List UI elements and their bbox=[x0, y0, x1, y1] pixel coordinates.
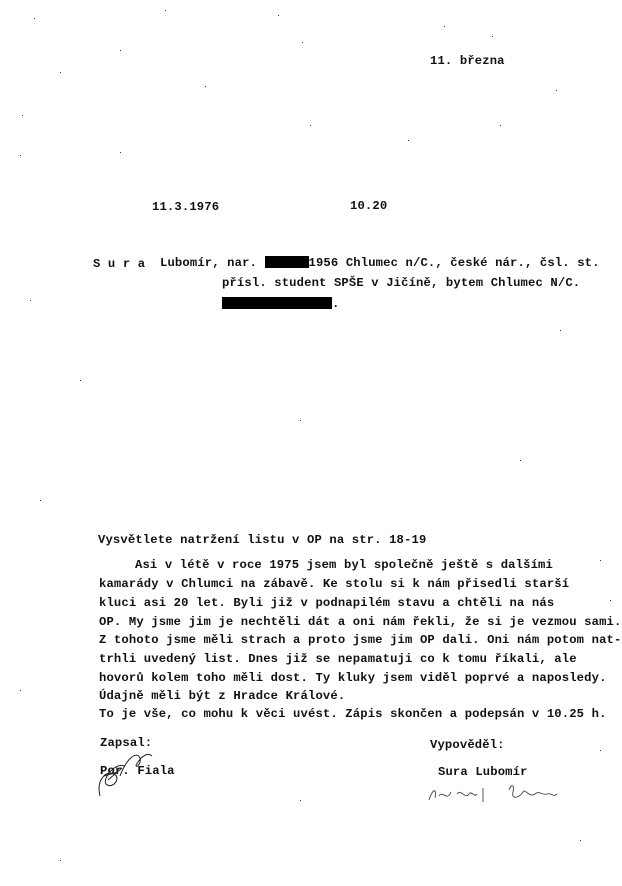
subject-line-1: Lubomír, nar. 1956 Chlumec n/C., české n… bbox=[160, 256, 600, 269]
question-heading: Vysvětlete natržení listu v OP na str. 1… bbox=[98, 534, 426, 546]
statement-line: kamarády v Chlumci na zábavě. Ke stolu s… bbox=[99, 578, 569, 590]
statement-line: Asi v létě v roce 1975 jsem byl společně… bbox=[135, 559, 553, 571]
record-time: 10.20 bbox=[350, 200, 387, 212]
record-date: 11.3.1976 bbox=[152, 201, 219, 213]
statement-line: Z tohoto jsme měli strach a proto jsme j… bbox=[99, 634, 621, 646]
statement-line: Údajně měli být z Hradce Králové. bbox=[99, 690, 345, 702]
statement-line: kluci asi 20 let. Byli již v podnapilém … bbox=[99, 597, 554, 609]
statement-line: trhli uvedený list. Dnes již se nepamatu… bbox=[99, 653, 577, 665]
statement-line: OP. My jsme jim je nechtěli dát a oni ná… bbox=[99, 616, 621, 628]
witness-signature bbox=[425, 780, 575, 810]
subject-surname: S u r a bbox=[93, 258, 145, 270]
testified-label: Vypověděl: bbox=[430, 739, 505, 751]
subject-line-3: . bbox=[222, 297, 339, 310]
subject-line-1-rest: 1956 Chlumec n/C., české nár., čsl. st. bbox=[309, 256, 600, 270]
statement-line: hovorů kolem toho měli dost. Ty kluky js… bbox=[99, 672, 607, 684]
subject-line-2: přísl. student SPŠE v Jičíně, bytem Chlu… bbox=[222, 277, 580, 289]
redaction-address bbox=[222, 297, 332, 309]
subject-firstname: Lubomír, nar. bbox=[160, 256, 257, 270]
date-top-right: 11. března bbox=[430, 55, 505, 67]
testified-name: Sura Lubomír bbox=[438, 766, 528, 778]
statement-line: To je vše, co mohu k věci uvést. Zápis s… bbox=[99, 708, 607, 720]
document-page: 11. března 11.3.1976 10.20 S u r a Lubom… bbox=[0, 0, 622, 886]
officer-signature bbox=[92, 740, 172, 800]
redaction-birthdate bbox=[265, 256, 309, 268]
